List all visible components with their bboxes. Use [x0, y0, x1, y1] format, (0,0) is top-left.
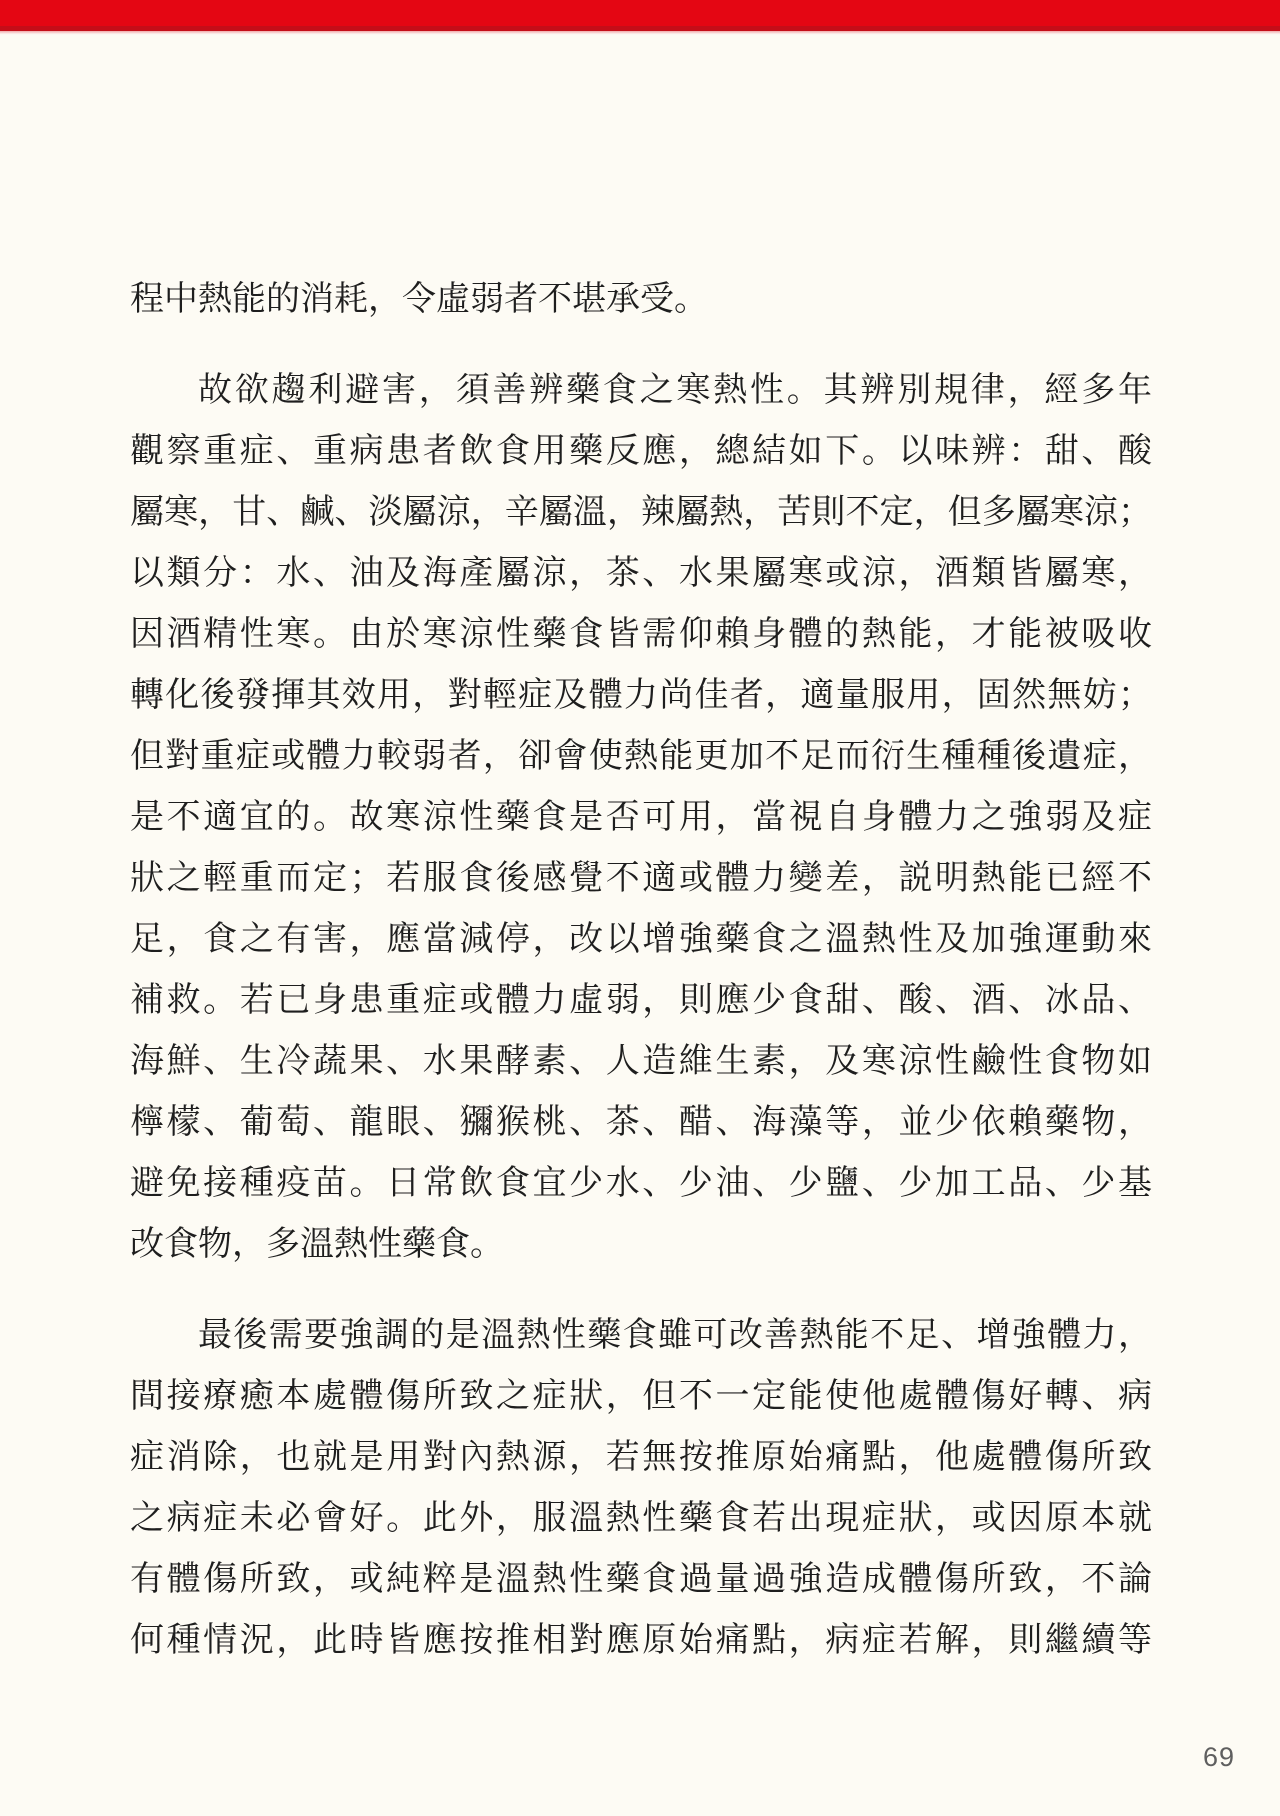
top-accent-bar [0, 0, 1280, 35]
text-line: 觀察重症、重病患者飲食用藥反應，總結如下。以味辨：甜、酸 [130, 421, 1152, 482]
text-line: 之病症未必會好。此外，服溫熱性藥食若出現症狀，或因原本就 [130, 1488, 1152, 1549]
text-line: 是不適宜的。故寒涼性藥食是否可用，當視自身體力之強弱及症 [130, 787, 1152, 848]
text-line: 症消除，也就是用對內熱源，若無按推原始痛點，他處體傷所致 [130, 1427, 1152, 1488]
text-line: 海鮮、生冷蔬果、水果酵素、人造維生素，及寒涼性鹼性食物如 [130, 1031, 1152, 1092]
text-line: 程中熱能的消耗，令虛弱者不堪承受。 [130, 269, 1152, 330]
text-line: 屬寒，甘、鹹、淡屬涼，辛屬溫，辣屬熱，苦則不定，但多屬寒涼； [130, 482, 1152, 543]
text-line: 有體傷所致，或純粹是溫熱性藥食過量過強造成體傷所致，不論 [130, 1549, 1152, 1610]
text-line: 避免接種疫苗。日常飲食宜少水、少油、少鹽、少加工品、少基 [130, 1153, 1152, 1214]
text-line: 最後需要強調的是溫熱性藥食雖可改善熱能不足、增強體力， [130, 1305, 1152, 1366]
paragraph: 故欲趨利避害，須善辨藥食之寒熱性。其辨別規律，經多年觀察重症、重病患者飲食用藥反… [130, 360, 1152, 1275]
text-line: 轉化後發揮其效用，對輕症及體力尚佳者，適量服用，固然無妨； [130, 665, 1152, 726]
text-line: 補救。若已身患重症或體力虛弱，則應少食甜、酸、酒、冰品、 [130, 970, 1152, 1031]
text-line: 間接療癒本處體傷所致之症狀，但不一定能使他處體傷好轉、病 [130, 1366, 1152, 1427]
page-number: 69 [1203, 1741, 1235, 1773]
text-line: 足，食之有害，應當減停，改以增強藥食之溫熱性及加強運動來 [130, 909, 1152, 970]
text-line: 因酒精性寒。由於寒涼性藥食皆需仰賴身體的熱能，才能被吸收 [130, 604, 1152, 665]
paragraph: 最後需要強調的是溫熱性藥食雖可改善熱能不足、增強體力，間接療癒本處體傷所致之症狀… [130, 1305, 1152, 1671]
text-line: 檸檬、葡萄、龍眼、獼猴桃、茶、醋、海藻等，並少依賴藥物， [130, 1092, 1152, 1153]
text-line: 以類分：水、油及海產屬涼，茶、水果屬寒或涼，酒類皆屬寒， [130, 543, 1152, 604]
text-block: 程中熱能的消耗，令虛弱者不堪承受。故欲趨利避害，須善辨藥食之寒熱性。其辨別規律，… [130, 269, 1152, 1671]
text-line: 改食物，多溫熱性藥食。 [130, 1214, 1152, 1275]
paragraph: 程中熱能的消耗，令虛弱者不堪承受。 [130, 269, 1152, 330]
text-line: 但對重症或體力較弱者，卻會使熱能更加不足而衍生種種後遺症， [130, 726, 1152, 787]
text-line: 何種情況，此時皆應按推相對應原始痛點，病症若解，則繼續等 [130, 1610, 1152, 1671]
text-line: 狀之輕重而定；若服食後感覺不適或體力變差，説明熱能已經不 [130, 848, 1152, 909]
text-line: 故欲趨利避害，須善辨藥食之寒熱性。其辨別規律，經多年 [130, 360, 1152, 421]
